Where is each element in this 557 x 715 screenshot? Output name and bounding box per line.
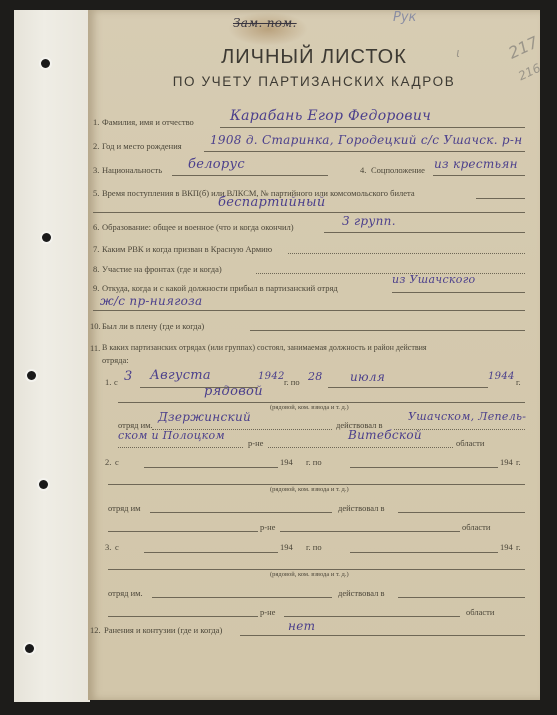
field-4-num: 4.: [360, 165, 366, 175]
top-right-note: Рук: [393, 10, 416, 25]
period-2-position-line: [108, 484, 525, 485]
punch-hole-icon: [39, 480, 48, 489]
field-9-num: 9.: [93, 283, 99, 293]
field-3-label: Национальность: [102, 165, 162, 175]
period-3-num: 3.: [105, 542, 111, 552]
period-1-position[interactable]: рядовой: [204, 384, 263, 399]
personal-record-sheet: Зам. пом. Рук ɩ 217 216 ЛИЧНЫЙ ЛИСТОК ПО…: [88, 10, 540, 700]
field-1-value[interactable]: Карабань Егор Федорович: [230, 108, 431, 124]
field-10-label: Был ли в плену (где и когда): [102, 321, 204, 331]
field-12-num: 12.: [90, 625, 101, 635]
field-8-line: [256, 273, 525, 274]
period-1-region-line: [268, 447, 453, 448]
field-2-line: [204, 151, 525, 152]
period-1-district-line: [118, 447, 243, 448]
field-7-label: Каким РВК и когда призван в Красную Арми…: [102, 244, 272, 254]
field-9-line-1: [392, 292, 525, 293]
period-3-from-prefix: с: [115, 542, 119, 552]
period-2-unit-label: отряд им: [108, 503, 141, 513]
period-3-region-line: [284, 616, 460, 617]
period-2-from-line: [144, 467, 278, 468]
period-1-region-label: области: [456, 438, 484, 448]
period-1-district-label: р-не: [248, 438, 263, 448]
period-1-unit-name[interactable]: Дзержинский: [158, 410, 251, 424]
period-3-position-line: [108, 569, 525, 570]
period-2-from-year: 194: [280, 457, 293, 467]
period-1-from-prefix: с: [114, 377, 118, 387]
period-3-from-year: 194: [280, 542, 293, 552]
field-6-label: Образование: общее и военное (что и когд…: [102, 222, 294, 232]
period-3-area-line: [398, 597, 525, 598]
period-1-to-day[interactable]: 28: [308, 370, 323, 383]
field-7-num: 7.: [93, 244, 99, 254]
period-2-district-label: р-не: [260, 522, 275, 532]
field-7-line: [288, 253, 525, 254]
period-1-to-prefix: г. по: [284, 377, 300, 387]
field-8-num: 8.: [93, 264, 99, 274]
field-5-line-2: [93, 212, 525, 213]
period-2-from-prefix: с: [115, 457, 119, 467]
period-2-unit-line: [150, 512, 332, 513]
field-10-line: [250, 330, 525, 331]
period-3-to-line: [350, 552, 498, 553]
field-3-value[interactable]: белорус: [188, 157, 245, 172]
field-5-num: 5.: [93, 188, 99, 198]
period-1-region[interactable]: Витебской: [348, 428, 422, 442]
period-1-num: 1.: [105, 377, 111, 387]
period-2-position-hint: (рядовой, ком. взвода и т. д.): [270, 486, 349, 493]
period-2-area-line: [398, 512, 525, 513]
field-1-num: 1.: [93, 117, 99, 127]
period-2-to-prefix: г. по: [306, 457, 322, 467]
period-1-area-line2[interactable]: ском и Полоцком: [118, 429, 225, 442]
period-1-to-year[interactable]: 1944: [488, 371, 515, 382]
field-10-num: 10.: [90, 321, 101, 331]
field-5-line-1: [476, 198, 525, 199]
period-3-to-prefix: г. по: [306, 542, 322, 552]
punch-hole-icon: [42, 233, 51, 242]
period-3-year-suffix: г.: [516, 542, 521, 552]
field-9-line-2: [93, 310, 525, 311]
period-3-acted-label: действовал в: [338, 588, 384, 598]
period-3-unit-label: отряд им.: [108, 588, 143, 598]
field-6-value[interactable]: 3 групп.: [342, 214, 396, 228]
period-1-from-day[interactable]: 3: [124, 369, 133, 384]
field-4-value[interactable]: из крестьян: [434, 157, 518, 171]
field-11-num: 11.: [90, 343, 100, 353]
period-1-position-hint: (рядовой, ком. взвода и т. д.): [270, 404, 349, 411]
period-3-unit-line: [152, 597, 332, 598]
field-1-line: [220, 127, 525, 128]
punch-hole-icon: [41, 59, 50, 68]
period-3-to-year: 194: [500, 542, 513, 552]
punch-hole-icon: [25, 644, 34, 653]
field-4-label: Соцположение: [371, 165, 425, 175]
period-1-to-line: [328, 387, 488, 388]
field-12-line: [240, 635, 525, 636]
document-title: ЛИЧНЫЙ ЛИСТОК: [88, 46, 540, 69]
binding-strip: [14, 10, 90, 702]
period-2-district-line: [108, 531, 258, 532]
scan-border: [540, 10, 557, 715]
field-9-value[interactable]: из Ушачского: [392, 273, 475, 286]
period-3-region-label: области: [466, 607, 494, 617]
crossed-note: Зам. пом.: [233, 16, 297, 30]
field-9-value-line2[interactable]: ж/с пр-ниягоза: [100, 294, 202, 308]
period-2-region-label: области: [462, 522, 490, 532]
field-12-label: Ранения и контузии (где и когда): [104, 625, 222, 635]
period-3-from-line: [144, 552, 278, 553]
field-2-value[interactable]: 1908 д. Старинка, Городецкий с/с Ушачск.…: [210, 133, 522, 147]
field-12-value[interactable]: нет: [288, 619, 315, 633]
field-2-num: 2.: [93, 141, 99, 151]
period-2-year-suffix: г.: [516, 457, 521, 467]
period-2-to-year: 194: [500, 457, 513, 467]
period-2-to-line: [350, 467, 498, 468]
period-2-region-line: [280, 531, 460, 532]
field-11-label: В каких партизанских отрядах (или группа…: [102, 343, 427, 352]
field-9-label: Откуда, когда и с какой должности прибыл…: [102, 283, 338, 293]
field-6-num: 6.: [93, 222, 99, 232]
punch-hole-icon: [27, 371, 36, 380]
field-2-label: Год и место рождения: [102, 141, 182, 151]
period-3-position-hint: (рядовой, ком. взвода и т. д.): [270, 571, 349, 578]
period-1-from-year[interactable]: 1942: [258, 371, 285, 382]
field-3-num: 3.: [93, 165, 99, 175]
field-3-line: [172, 175, 328, 176]
field-1-label: Фамилия, имя и отчество: [102, 117, 194, 127]
period-2-num: 2.: [105, 457, 111, 467]
period-1-year-suffix: г.: [516, 377, 521, 387]
field-5-value[interactable]: беспартийный: [218, 195, 326, 210]
field-4-line: [433, 175, 525, 176]
document-subtitle: ПО УЧЕТУ ПАРТИЗАНСКИХ КАДРОВ: [88, 74, 540, 89]
period-2-acted-label: действовал в: [338, 503, 384, 513]
period-3-district-line: [108, 616, 258, 617]
period-1-from-month[interactable]: Августа: [150, 368, 211, 383]
period-3-district-label: р-не: [260, 607, 275, 617]
field-8-label: Участие на фронтах (где и когда): [102, 264, 222, 274]
field-6-line: [324, 232, 525, 233]
period-1-area[interactable]: Ушачском, Лепель-: [408, 410, 526, 423]
field-11-label-line2: отряда:: [102, 355, 129, 365]
period-1-to-month[interactable]: июля: [350, 370, 385, 384]
period-1-position-line: [118, 402, 525, 403]
